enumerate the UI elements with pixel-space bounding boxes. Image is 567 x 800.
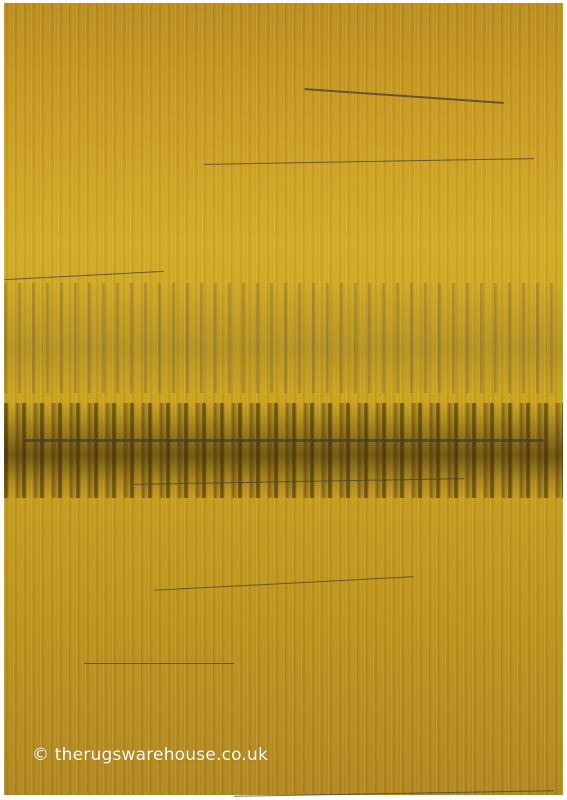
rug-texture-dark-band [4, 403, 563, 498]
rug-streak [234, 790, 554, 797]
rug-streak [204, 158, 534, 165]
rug-photo: © therugswarehouse.co.uk [4, 3, 563, 795]
copyright-watermark: © therugswarehouse.co.uk [32, 745, 268, 765]
rug-streak [24, 439, 544, 442]
rug-texture-mid [4, 283, 563, 393]
rug-streak [304, 88, 504, 104]
rug-streak [84, 663, 234, 664]
rug-streak [154, 576, 414, 591]
rug-streak [4, 271, 164, 280]
